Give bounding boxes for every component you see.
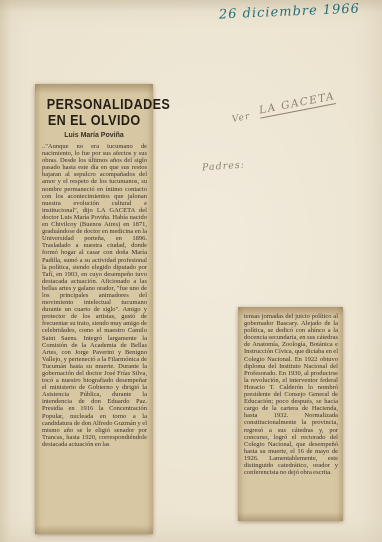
handwritten-side-label: Padres: [202, 160, 246, 174]
newspaper-clipping-left: PERSONALIDADES EN EL OLVIDO Luis María P… [35, 84, 153, 534]
clipping-byline: Luis María Poviña [35, 132, 153, 139]
handwritten-note: Ver LA GACETA [229, 83, 341, 124]
newspaper-clipping-right: tensas jornadas del juicio político al g… [238, 307, 343, 521]
handwritten-note-prefix: Ver [231, 112, 251, 125]
clipping-left-body-text: .."Aunque no era tucumano de nacimiento,… [42, 143, 147, 448]
clipping-headline-line1: PERSONALIDADES [47, 97, 171, 113]
clipping-headline-line2: EN EL OLVIDO [48, 113, 141, 129]
clipping-headline: PERSONALIDADES EN EL OLVIDO [35, 97, 153, 129]
handwritten-note-title: LA GACETA [258, 90, 336, 118]
handwritten-date: 26 diciembre 1966 [196, 1, 360, 23]
clipping-right-body-text: tensas jornadas del juicio político al g… [244, 313, 338, 476]
scrapbook-page: 26 diciembre 1966 Ver LA GACETA Padres: … [0, 0, 382, 542]
